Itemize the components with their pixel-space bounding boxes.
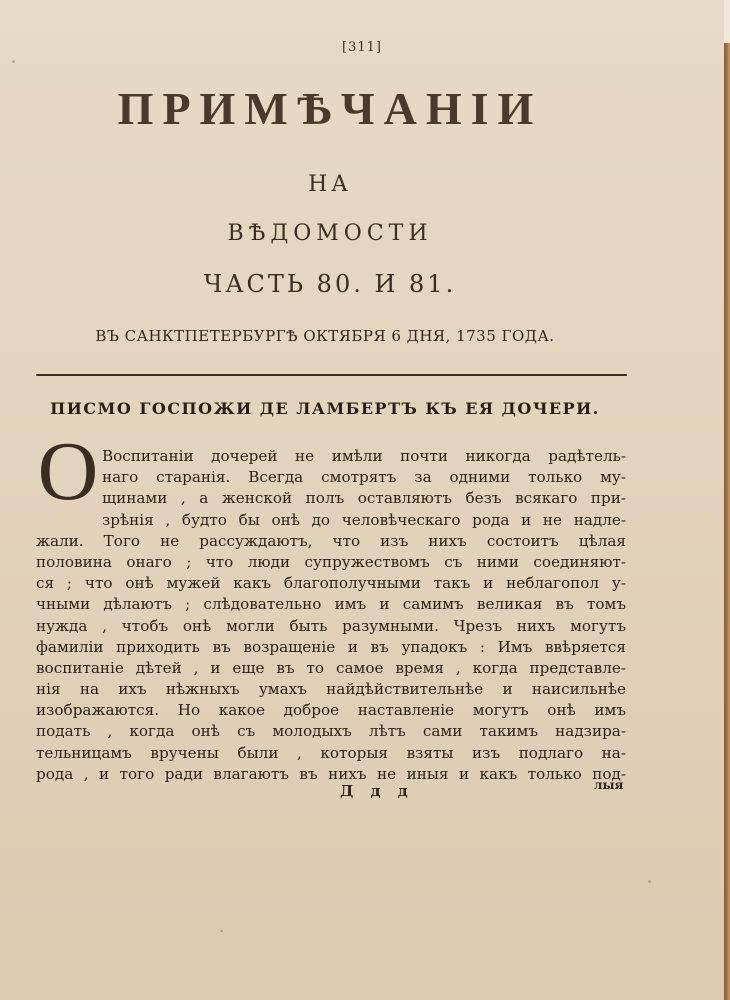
body-line: щинами , а женской полъ оставляютъ безъ … xyxy=(102,488,626,509)
book-binding-edge xyxy=(724,0,730,1000)
subtitle-na: НА xyxy=(0,172,660,197)
body-line: тельницамъ вручены были , которыя взяты … xyxy=(36,743,626,764)
body-line: наго старанія. Всегда смотрятъ за одними… xyxy=(102,467,626,488)
subtitle-part-number: ЧАСТЬ 80. И 81. xyxy=(0,270,660,298)
binding-strip xyxy=(724,43,730,1000)
paper-speck xyxy=(220,930,223,932)
horizontal-rule xyxy=(36,374,627,376)
article-body: Воспитаніи дочерей не имѣли почти никогд… xyxy=(36,446,626,785)
paper-speck xyxy=(12,60,15,63)
body-line: чными дѣлаютъ ; слѣдовательно имъ и сами… xyxy=(36,594,626,615)
page-title: ПРИМѢЧАНІИ xyxy=(0,82,660,135)
body-line: нужда , чтобъ онѣ могли быть разумными. … xyxy=(36,616,626,637)
paper-speck xyxy=(540,600,542,602)
body-line: изображаются. Но какое доброе наставлені… xyxy=(36,700,626,721)
signature-mark: Д д д xyxy=(340,782,414,800)
body-line: жали. Того не рассуждаютъ, что изъ нихъ … xyxy=(36,531,626,552)
page-number: [311] xyxy=(0,40,724,55)
book-page: [311] ПРИМѢЧАНІИ НА ВѢДОМОСТИ ЧАСТЬ 80. … xyxy=(0,0,724,1000)
body-line: Воспитаніи дочерей не имѣли почти никогд… xyxy=(102,446,626,467)
body-line: половина онаго ; что люди супружествомъ … xyxy=(36,552,626,573)
body-line: подать , когда онѣ съ молодыхъ лѣтъ сами… xyxy=(36,721,626,742)
body-line: ся ; что онѣ мужей какъ благополучными т… xyxy=(36,573,626,594)
body-line: нія на ихъ нѣжныхъ умахъ найдѣйствительн… xyxy=(36,679,626,700)
body-line: воспитаніе дѣтей , и еще въ то самое вре… xyxy=(36,658,626,679)
body-line: рода , и того ради влагаютъ въ нихъ не и… xyxy=(36,764,626,785)
article-heading: ПИСМО ГОСПОЖИ ДЕ ЛАМБЕРТЪ КЪ ЕЯ ДОЧЕРИ. xyxy=(0,399,650,418)
body-line: зрѣнія , будто бы онѣ до человѣческаго р… xyxy=(102,510,626,531)
body-line: фамиліи приходить въ возращеніе и въ упа… xyxy=(36,637,626,658)
catchword: лыя xyxy=(594,778,623,792)
paper-speck xyxy=(648,880,651,883)
subtitle-vedomosti: ВѢДОМОСТИ xyxy=(0,221,660,246)
imprint-line: ВЪ САНКТПЕТЕРБУРГѢ ОКТЯБРЯ 6 ДНЯ, 1735 Г… xyxy=(0,327,650,345)
